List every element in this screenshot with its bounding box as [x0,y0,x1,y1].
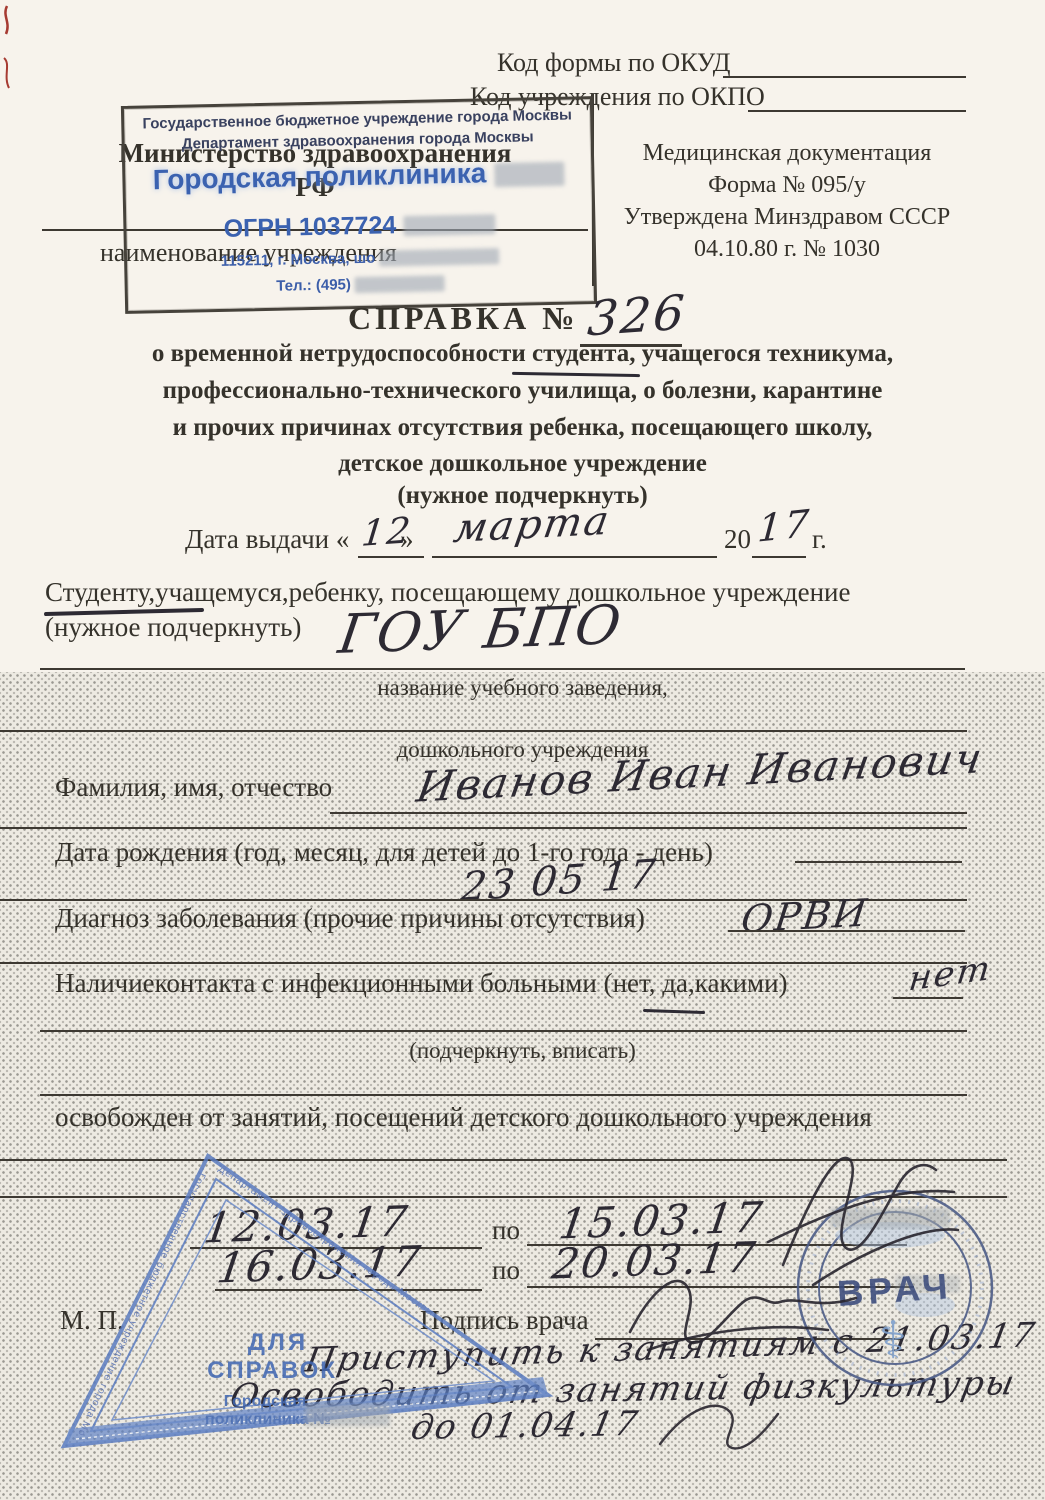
doctor-signature [618,1262,868,1357]
diagnosis-label: Диагноз заболевания (прочие причины отсу… [55,903,645,934]
redaction [305,1404,390,1426]
med-doc-line1: Медицинская документация [608,140,966,167]
subtitle1-post: , учащегося техникума, [629,340,893,367]
certificate-title: СПРАВКА № [348,300,578,337]
issue-year-suffix: г. [812,524,827,555]
clinic-stamp-line5: 115211, г. Москва, шо [127,245,593,272]
redaction [494,161,564,186]
svg-text:Государственное бюджетное учре: Государственное бюджетное учреждение гор… [50,1148,207,1438]
med-doc-line3: Утверждена Минздравом СССР [608,204,966,231]
med-doc-line2: Форма № 095/у [608,172,966,199]
rule [0,827,967,829]
medical-certificate-page: Код формы по ОКУД Код учреждения по ОКПО… [0,0,1045,1500]
underline-note: (нужное подчеркнуть) [45,612,301,643]
fio-label: Фамилия, имя, отчество [55,772,332,803]
issue-quote-close: » [400,524,414,555]
rule [40,1094,967,1096]
triangle-stamp-line1: ДЛЯ [248,1329,308,1356]
subtitle-line3: и прочих причинах отсутствия ребенка, по… [0,414,1045,442]
issue-day-line [358,556,424,558]
diagnosis-line [728,930,965,932]
clinic-phone: Тел.: (495) [276,276,351,295]
redaction [379,248,499,267]
issue-year-prefix: 20 [724,524,751,555]
caduceus-icon: ⚕ [879,1312,907,1370]
triangle-stamp-line2: СПРАВОК [207,1357,337,1384]
redaction [355,275,445,293]
clinic-rect-stamp: Государственное бюджетное учреждение гор… [121,96,597,314]
rule [40,1030,967,1032]
released-label: освобожден от занятий, посещений детског… [55,1102,872,1133]
issue-month-line [432,556,717,558]
subtitle-line2: профессионально-технического училища, о … [0,377,1045,405]
fio-line [330,812,967,814]
okud-line [723,76,966,78]
svg-text:Департамент здравоохранения го: Департамент здравоохранения города Москв… [216,1163,436,1319]
clinic-stamp-line3: Городская поликлиника [125,155,592,197]
subtitle-line4: детское дошкольное учреждение [0,450,1045,478]
issue-year-handwritten: 17 [756,501,812,550]
school-line [40,668,965,670]
school-value-handwritten: ГОУ БПО [335,593,627,666]
triangle-edge-text-right: Департамент здравоохранения города Москв… [216,1163,436,1319]
contact-caption: (подчеркнуть, вписать) [0,1038,1045,1064]
triangle-stamp: Государственное бюджетное учреждение гор… [50,1148,560,1493]
contact-line [893,997,963,999]
subtitle1-pre: о временной нетрудоспособности [152,340,532,367]
clinic-stamp-line6: Тел.: (495) [128,271,594,298]
triangle-edge-text-left: Государственное бюджетное учреждение гор… [50,1148,207,1438]
triangle-stamp-line3: Городская [224,1393,306,1410]
contact-label: Наличиеконтакта с инфекционными больными… [55,968,788,999]
certificate-number: 326 [586,285,688,348]
signature-flourish [648,1392,788,1462]
school-caption: название учебного заведения, [0,675,1045,701]
med-doc-line4: 04.10.80 г. № 1030 [608,236,966,263]
issue-year-line [752,556,806,558]
student-underlined-word: Студенту [45,577,148,607]
subtitle1-underlined-word: студента [532,340,629,367]
redaction [403,215,495,237]
preschool-line [0,730,967,732]
clinic-address: 115211, г. Москва, шо [221,250,376,270]
issue-month-handwritten: марта [451,498,614,552]
issue-date-label: Дата выдачи « [185,524,349,555]
okud-label: Код формы по ОКУД [497,48,730,78]
okpo-line [748,110,966,112]
subtitle-line1: о временной нетрудоспособности студента,… [0,340,1045,368]
clinic-stamp-line4: ОГРН 1037724 [126,207,593,246]
clinic-ogrn: ОГРН 1037724 [223,211,396,243]
rule [0,962,967,964]
birth-line [795,861,962,863]
clinic-name: Городская поликлиника [152,157,486,195]
diagnosis-value-handwritten: ОРВИ [739,891,871,942]
edge-marks [0,0,20,120]
